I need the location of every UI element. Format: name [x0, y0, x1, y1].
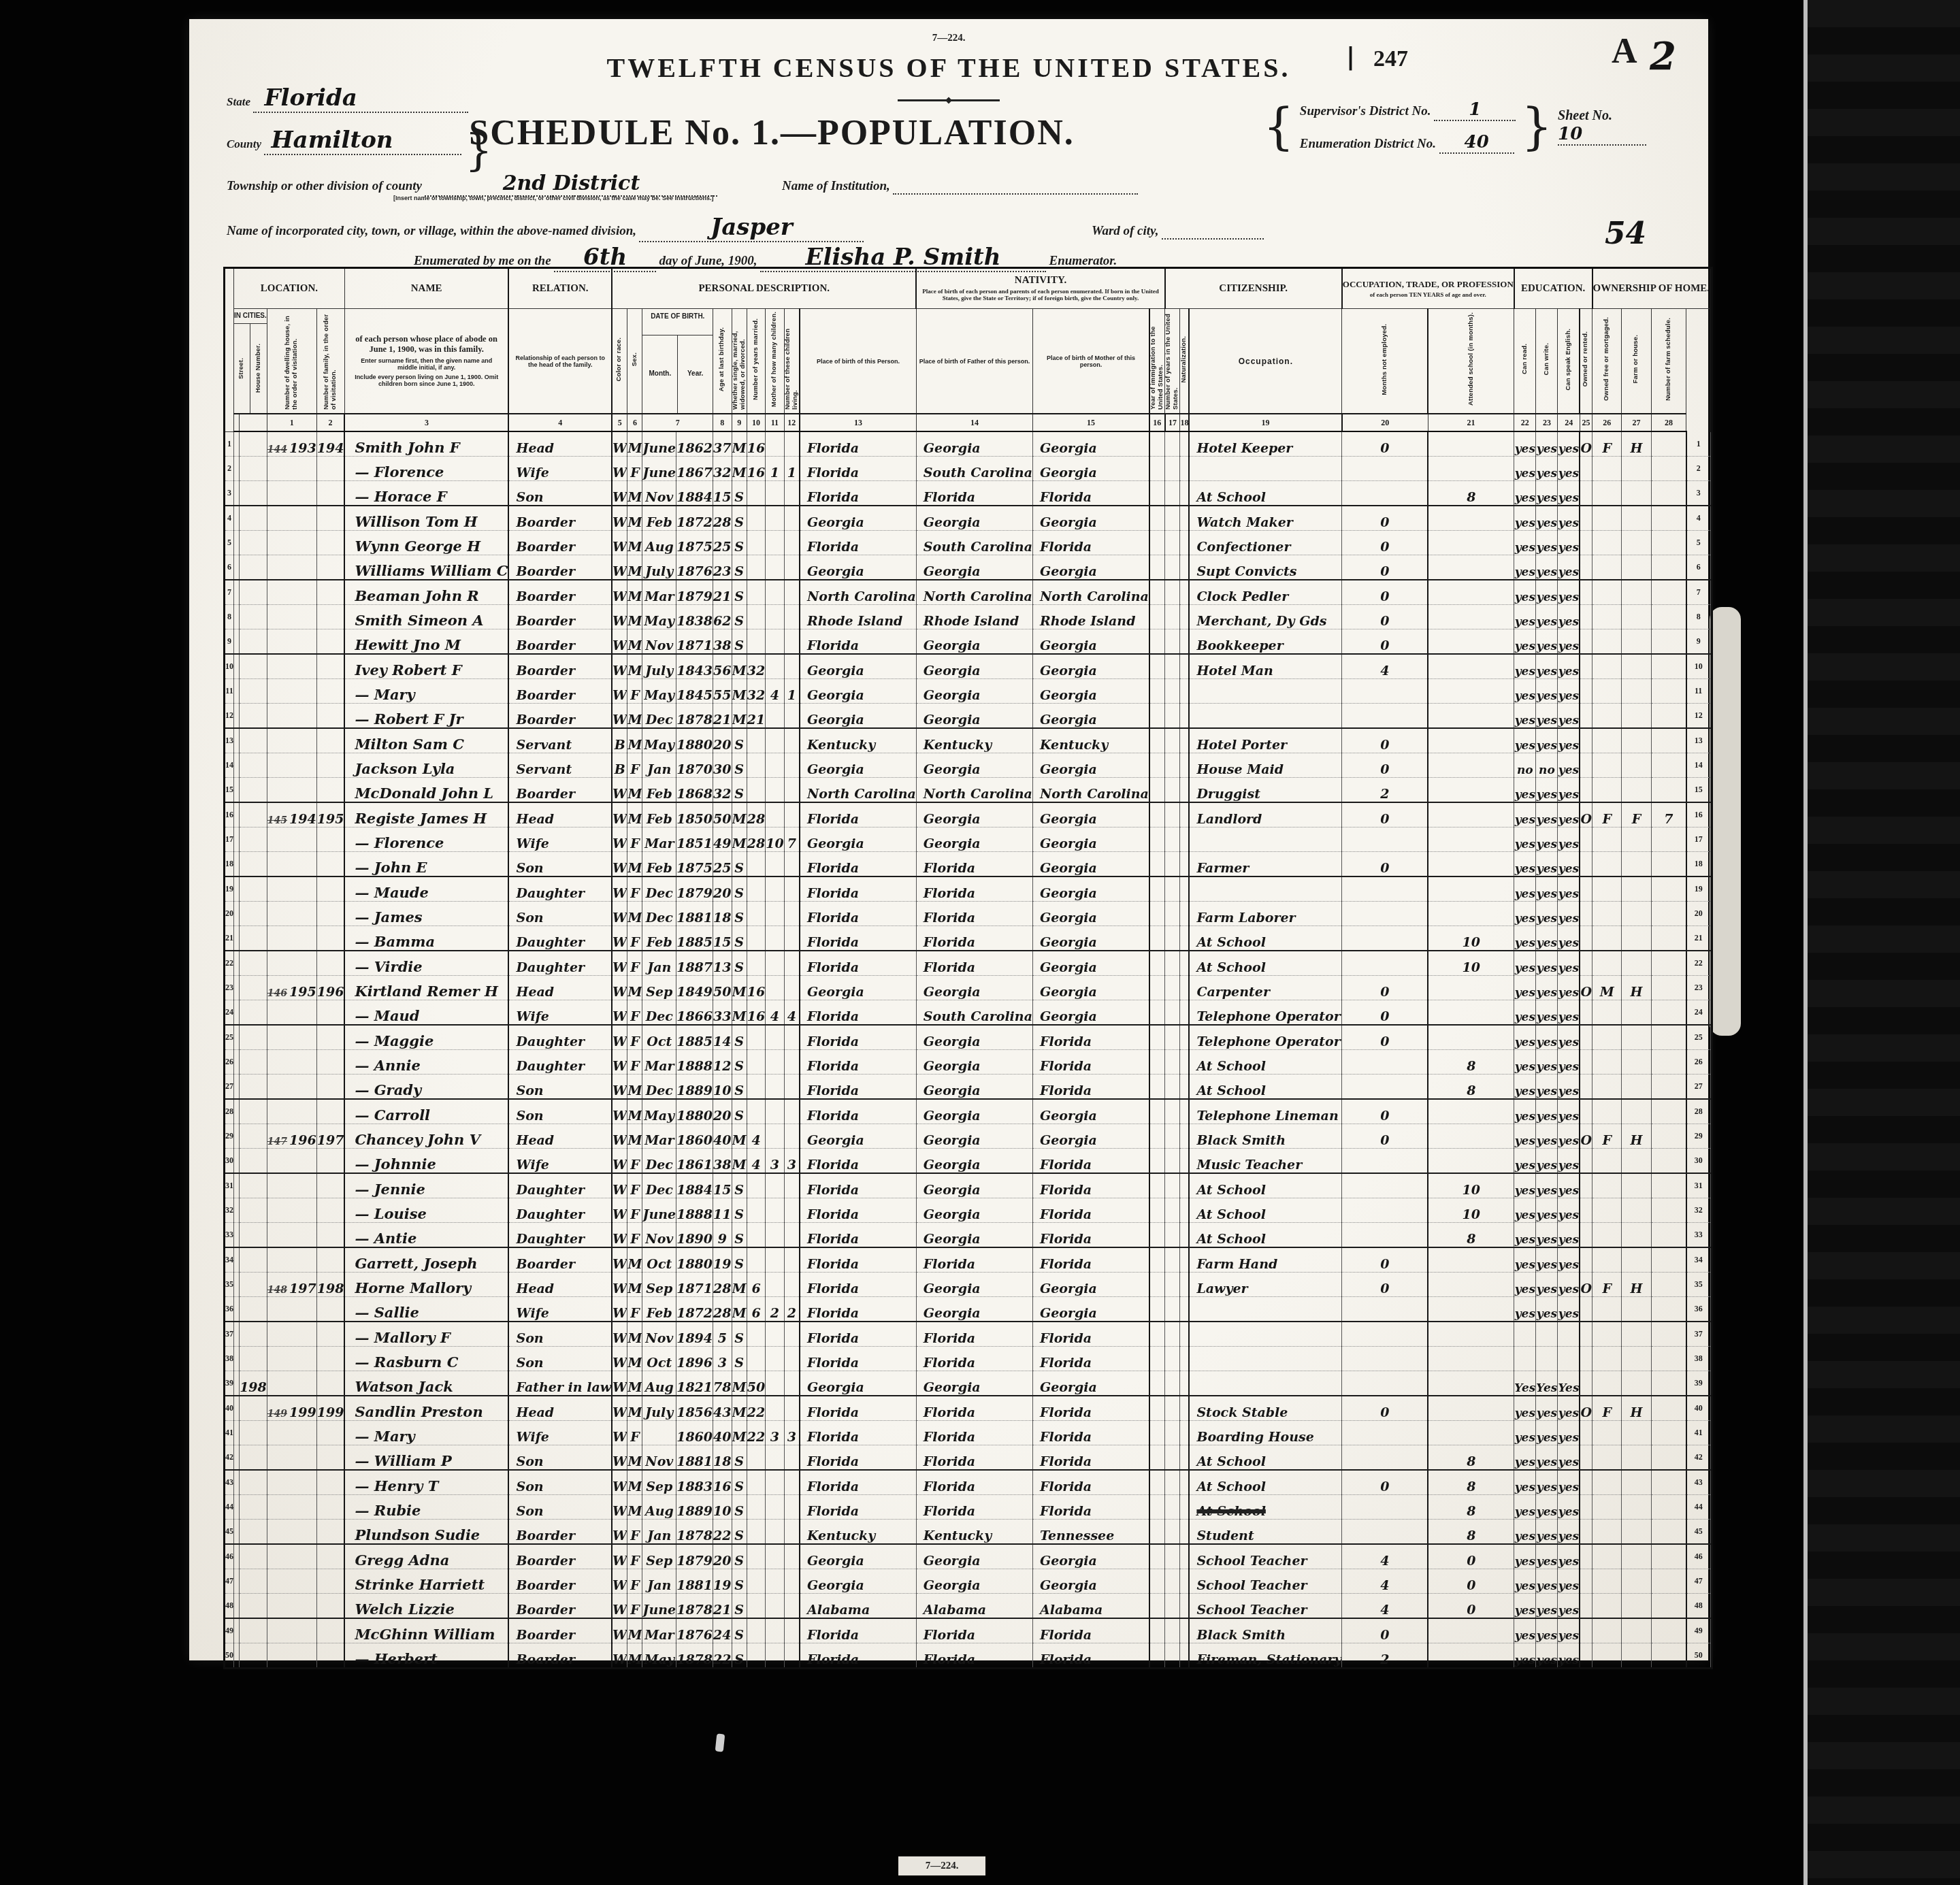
cell-mne: 0: [1342, 976, 1428, 1000]
cell-cb: 4: [766, 1000, 784, 1026]
cell-cb: [766, 1223, 784, 1248]
cell-rel: Daughter: [508, 1050, 612, 1075]
cell-rel: Boarder: [508, 1618, 612, 1643]
cell-mne: 0: [1342, 531, 1428, 555]
line-number-left: 20: [225, 902, 234, 926]
cell-race: W: [612, 1173, 627, 1198]
cell-imm: [1149, 580, 1165, 605]
cell-sch: [1428, 852, 1514, 877]
cell-cb: 4: [766, 679, 784, 704]
cell-dw: [267, 1347, 316, 1371]
cell-dw: [267, 629, 316, 655]
line-number-left: 6: [225, 555, 234, 580]
cell-dw: [267, 728, 316, 753]
cell-fsn: [1651, 1445, 1686, 1471]
column-number: 13: [800, 414, 916, 431]
cell-age: 33: [713, 1000, 732, 1026]
cell-fh: [1622, 1470, 1651, 1495]
cell-fam: [316, 1149, 344, 1174]
cell-age: 40: [713, 1421, 732, 1445]
cell-race: W: [612, 1322, 627, 1347]
cell-ym: [747, 605, 765, 629]
cell-bpm: Georgia: [1032, 1099, 1149, 1124]
cell-mne: [1342, 481, 1428, 506]
cell-bmo: Mar: [642, 1050, 676, 1075]
cell-bp: Florida: [800, 1396, 916, 1421]
cell-en: yes: [1558, 778, 1580, 803]
line-number-left: 49: [225, 1618, 234, 1643]
cell-en: yes: [1558, 431, 1580, 457]
cell-fh: [1622, 457, 1651, 481]
cell-rel: Head: [508, 802, 612, 827]
cell-sex: M: [627, 1247, 642, 1273]
cell-mne: 4: [1342, 1594, 1428, 1619]
cell-ym: [747, 1470, 765, 1495]
table-row: 45Plundson SudieBoarderWFJan187822SKentu…: [225, 1520, 1712, 1545]
line-number-right: 36: [1686, 1297, 1710, 1322]
cell-cl: 1: [784, 457, 800, 481]
section-nativity: NATIVITY. Place of birth of each person …: [916, 268, 1164, 309]
cell-name: Garrett, Joseph: [344, 1247, 508, 1273]
cell-fam: [316, 1594, 344, 1619]
cell-hn: [240, 1149, 267, 1174]
cell-own: [1580, 481, 1592, 506]
col-free-mortgaged: Owned free or mortgaged.: [1592, 309, 1622, 414]
cell-hn: [240, 1273, 267, 1297]
cell-own: [1580, 1075, 1592, 1100]
cell-mar: S: [732, 580, 747, 605]
cell-race: W: [612, 704, 627, 729]
column-number: 4: [508, 414, 612, 431]
cell-sex: F: [627, 1223, 642, 1248]
cell-bp: Florida: [800, 1173, 916, 1198]
cell-cb: [766, 1445, 784, 1471]
cell-wr: yes: [1536, 1149, 1558, 1174]
line-number-left: 9: [225, 629, 234, 655]
cell-own: [1580, 555, 1592, 580]
cell-fm: [1592, 1470, 1622, 1495]
col-can-read: Can read.: [1514, 309, 1536, 414]
in-cities-label: IN CITIES.: [234, 310, 267, 324]
cell-yus: [1165, 778, 1180, 803]
cell-bmo: Dec: [642, 902, 676, 926]
cell-mar: S: [732, 1618, 747, 1643]
cell-fh: [1622, 1421, 1651, 1445]
table-row: 36— SallieWifeWFFeb187228M622FloridaGeor…: [225, 1297, 1712, 1322]
cell-occ: [1189, 1297, 1341, 1322]
cell-imm: [1149, 951, 1165, 976]
column-number: 12: [784, 414, 800, 431]
cell-fam: 198: [316, 1273, 344, 1297]
cell-nat: [1180, 976, 1190, 1000]
cell-fh: [1622, 951, 1651, 976]
cell-ym: 50: [747, 1371, 765, 1396]
cell-name: Sandlin Preston: [344, 1396, 508, 1421]
cell-nat: [1180, 1223, 1190, 1248]
cell-fam: [316, 1520, 344, 1545]
cell-bpm: Florida: [1032, 1470, 1149, 1495]
cell-cl: [784, 605, 800, 629]
cell-race: W: [612, 679, 627, 704]
cell-own: O: [1580, 802, 1592, 827]
line-number-left: 13: [225, 728, 234, 753]
cell-byr: 1843: [676, 654, 713, 679]
cell-sex: M: [627, 531, 642, 555]
cell-fh: [1622, 1322, 1651, 1347]
cell-name: Kirtland Remer H: [344, 976, 508, 1000]
cell-nat: [1180, 1470, 1190, 1495]
cell-occ: Supt Convicts: [1189, 555, 1341, 580]
cell-fh: [1622, 1000, 1651, 1026]
cell-wr: yes: [1536, 1445, 1558, 1471]
cell-bp: Georgia: [800, 506, 916, 531]
cell-race: W: [612, 605, 627, 629]
cell-sch: [1428, 1643, 1514, 1669]
cell-fm: [1592, 506, 1622, 531]
cell-ym: [747, 1173, 765, 1198]
cell-wr: yes: [1536, 728, 1558, 753]
cell-rel: Father in law: [508, 1371, 612, 1396]
table-row: 28— CarrollSonWMMay188020SFloridaGeorgia…: [225, 1099, 1712, 1124]
cell-st: [234, 1173, 240, 1198]
cell-mar: S: [732, 629, 747, 655]
cell-fh: [1622, 1297, 1651, 1322]
cell-mne: 0: [1342, 1618, 1428, 1643]
cell-fm: [1592, 580, 1622, 605]
cell-fam: [316, 852, 344, 877]
cell-fam: [316, 1569, 344, 1594]
cell-nat: [1180, 605, 1190, 629]
cell-yus: [1165, 1297, 1180, 1322]
cell-imm: [1149, 531, 1165, 555]
cell-yus: [1165, 1149, 1180, 1174]
cell-sch: 0: [1428, 1544, 1514, 1569]
cell-cl: [784, 802, 800, 827]
cell-fam: [316, 1495, 344, 1520]
cell-occ: At School: [1189, 1445, 1341, 1471]
table-row: 26— AnnieDaughterWFMar188812SFloridaGeor…: [225, 1050, 1712, 1075]
county-value-line: Hamilton: [264, 127, 461, 155]
cell-sch: [1428, 728, 1514, 753]
column-number: 3: [344, 414, 508, 431]
cell-name: — James: [344, 902, 508, 926]
cell-byr: 1867: [676, 457, 713, 481]
line-number-right: 31: [1686, 1173, 1710, 1198]
cell-mne: [1342, 1371, 1428, 1396]
cell-mar: S: [732, 1470, 747, 1495]
cell-own: [1580, 902, 1592, 926]
cell-bpm: Florida: [1032, 1445, 1149, 1471]
section-occupation: OCCUPATION, TRADE, OR PROFESSION of each…: [1342, 268, 1514, 309]
cell-name: — Jennie: [344, 1173, 508, 1198]
cell-fh: [1622, 605, 1651, 629]
cell-wr: yes: [1536, 802, 1558, 827]
cell-rd: yes: [1514, 1198, 1536, 1223]
cell-race: W: [612, 457, 627, 481]
cell-bp: Kentucky: [800, 1520, 916, 1545]
col-in-cities: IN CITIES. Street. House Number.: [234, 309, 267, 414]
cell-nat: [1180, 580, 1190, 605]
cell-fm: [1592, 1421, 1622, 1445]
cell-rel: Head: [508, 1396, 612, 1421]
cell-own: [1580, 753, 1592, 778]
cell-wr: yes: [1536, 852, 1558, 877]
cell-rel: Daughter: [508, 1173, 612, 1198]
table-row: 35148197198Horne MalloryHeadWMSep187128M…: [225, 1273, 1712, 1297]
cell-bp: Florida: [800, 1643, 916, 1669]
line-number-right: 47: [1686, 1569, 1710, 1594]
cell-fam: [316, 1618, 344, 1643]
cell-nat: [1180, 629, 1190, 655]
cell-bp: North Carolina: [800, 778, 916, 803]
cell-wr: yes: [1536, 976, 1558, 1000]
cell-ym: 22: [747, 1421, 765, 1445]
cell-st: [234, 1198, 240, 1223]
cell-fsn: [1651, 1223, 1686, 1248]
cell-rel: Son: [508, 1099, 612, 1124]
cell-sex: M: [627, 728, 642, 753]
cell-cb: [766, 1198, 784, 1223]
cell-fsn: [1651, 1396, 1686, 1421]
cell-byr: 1884: [676, 481, 713, 506]
cell-dw: [267, 679, 316, 704]
cell-fm: M: [1592, 976, 1622, 1000]
cell-yus: [1165, 902, 1180, 926]
cell-en: Yes: [1558, 1371, 1580, 1396]
cell-fam: [316, 1025, 344, 1050]
cell-fsn: [1651, 778, 1686, 803]
institution-value-line: [893, 181, 1138, 195]
cell-en: yes: [1558, 902, 1580, 926]
cell-fam: [316, 654, 344, 679]
cell-mar: S: [732, 1520, 747, 1545]
cell-cb: [766, 876, 784, 902]
line-number-left: 24: [225, 1000, 234, 1026]
census-table-body: 1144193194Smith John FHeadWMJune186237M1…: [225, 431, 1712, 1669]
cell-mar: S: [732, 1569, 747, 1594]
cell-imm: [1149, 679, 1165, 704]
cell-bpf: Georgia: [916, 704, 1032, 729]
cell-wr: yes: [1536, 1569, 1558, 1594]
cell-fm: [1592, 1198, 1622, 1223]
cell-age: 40: [713, 1124, 732, 1149]
cell-sch: [1428, 457, 1514, 481]
cell-occ: [1189, 1371, 1341, 1396]
cell-cl: [784, 1347, 800, 1371]
cell-imm: [1149, 1198, 1165, 1223]
line-number-right: 1: [1686, 431, 1710, 457]
cell-hn: [240, 1618, 267, 1643]
cell-st: [234, 1075, 240, 1100]
cell-fsn: [1651, 555, 1686, 580]
cell-bp: Florida: [800, 1025, 916, 1050]
cell-age: 56: [713, 654, 732, 679]
cell-age: 28: [713, 1297, 732, 1322]
cell-byr: 1888: [676, 1050, 713, 1075]
cell-bpm: Florida: [1032, 1322, 1149, 1347]
cell-age: 20: [713, 1099, 732, 1124]
cell-bpm: Georgia: [1032, 1297, 1149, 1322]
cell-sex: F: [627, 457, 642, 481]
cell-bpm: Georgia: [1032, 629, 1149, 655]
cell-occ: At School: [1189, 951, 1341, 976]
cell-mar: M: [732, 827, 747, 852]
cell-name: Milton Sam C: [344, 728, 508, 753]
cell-cl: [784, 654, 800, 679]
cell-bpf: Georgia: [916, 629, 1032, 655]
line-number-right: 17: [1686, 827, 1710, 852]
cell-hn: [240, 629, 267, 655]
cell-bpm: Georgia: [1032, 704, 1149, 729]
cell-hn: [240, 605, 267, 629]
cell-race: W: [612, 951, 627, 976]
cell-fh: H: [1622, 976, 1651, 1000]
cell-own: O: [1580, 1124, 1592, 1149]
cell-race: W: [612, 1618, 627, 1643]
cell-cl: [784, 1124, 800, 1149]
cell-cb: [766, 753, 784, 778]
cell-fm: [1592, 1371, 1622, 1396]
cell-fsn: [1651, 1470, 1686, 1495]
table-row: 13Milton Sam CServantBMMay188020SKentuck…: [225, 728, 1712, 753]
cell-yus: [1165, 1025, 1180, 1050]
cell-rd: yes: [1514, 531, 1536, 555]
cell-cl: 2: [784, 1297, 800, 1322]
enumeration-district-value: 40: [1465, 132, 1489, 152]
cell-wr: yes: [1536, 1223, 1558, 1248]
cell-bp: Florida: [800, 876, 916, 902]
cell-yus: [1165, 555, 1180, 580]
cell-ym: [747, 1544, 765, 1569]
cell-sex: M: [627, 1075, 642, 1100]
scanned-census-page: 7—224. 7—224. TWELFTH CENSUS OF THE UNIT…: [0, 0, 1960, 1885]
cell-st: [234, 605, 240, 629]
cell-bpm: Florida: [1032, 1618, 1149, 1643]
table-row: 21— BammaDaughterWFFeb188515SFloridaFlor…: [225, 926, 1712, 951]
cell-mar: M: [732, 1273, 747, 1297]
column-number: 14: [916, 414, 1032, 431]
cell-en: yes: [1558, 481, 1580, 506]
cell-mar: S: [732, 876, 747, 902]
cell-own: [1580, 704, 1592, 729]
cell-wr: yes: [1536, 1495, 1558, 1520]
cell-name: Smith Simeon A: [344, 605, 508, 629]
cell-own: [1580, 951, 1592, 976]
cell-en: yes: [1558, 976, 1580, 1000]
cell-dw: [267, 1643, 316, 1669]
cell-en: yes: [1558, 1075, 1580, 1100]
cell-fh: [1622, 753, 1651, 778]
cell-rd: yes: [1514, 1643, 1536, 1669]
cell-wr: yes: [1536, 1273, 1558, 1297]
cell-age: 15: [713, 1173, 732, 1198]
cell-own: [1580, 926, 1592, 951]
cell-dw: [267, 1520, 316, 1545]
cell-nat: [1180, 1643, 1190, 1669]
cell-hn: [240, 679, 267, 704]
cell-en: yes: [1558, 728, 1580, 753]
cell-sex: M: [627, 555, 642, 580]
cell-race: W: [612, 1544, 627, 1569]
cell-sch: [1428, 827, 1514, 852]
cell-name: — Herbert: [344, 1643, 508, 1669]
table-row: 47Strinke HarriettBoarderWFJan188119SGeo…: [225, 1569, 1712, 1594]
line-number-right: 18: [1686, 852, 1710, 877]
table-row: 37— Mallory FSonWMNov18945SFloridaFlorid…: [225, 1322, 1712, 1347]
column-number: [234, 414, 240, 431]
cell-fh: F: [1622, 802, 1651, 827]
cell-st: [234, 1495, 240, 1520]
cell-mar: S: [732, 902, 747, 926]
cell-byr: 1861: [676, 1149, 713, 1174]
cell-bpm: Georgia: [1032, 431, 1149, 457]
cell-nat: [1180, 778, 1190, 803]
cell-hn: [240, 531, 267, 555]
cell-mne: 0: [1342, 728, 1428, 753]
cell-byr: 1896: [676, 1347, 713, 1371]
cell-cb: [766, 951, 784, 976]
cell-sex: M: [627, 1347, 642, 1371]
cell-rd: yes: [1514, 926, 1536, 951]
table-row: 43— Henry TSonWMSep188316SFloridaFlorida…: [225, 1470, 1712, 1495]
cell-imm: [1149, 778, 1165, 803]
cell-st: [234, 1273, 240, 1297]
cell-race: W: [612, 1520, 627, 1545]
cell-cb: [766, 976, 784, 1000]
cell-wr: yes: [1536, 457, 1558, 481]
cell-sex: F: [627, 1000, 642, 1026]
cell-sch: 8: [1428, 1470, 1514, 1495]
cell-fsn: [1651, 679, 1686, 704]
cell-bmo: May: [642, 605, 676, 629]
cell-dw: [267, 1149, 316, 1174]
cell-own: [1580, 876, 1592, 902]
cell-bmo: Aug: [642, 531, 676, 555]
cell-bmo: Nov: [642, 1445, 676, 1471]
cell-cb: [766, 1025, 784, 1050]
cell-sex: M: [627, 1371, 642, 1396]
cell-rd: yes: [1514, 1495, 1536, 1520]
cell-rd: yes: [1514, 431, 1536, 457]
table-row: 23146195196Kirtland Remer HHeadWMSep1849…: [225, 976, 1712, 1000]
cell-nat: [1180, 876, 1190, 902]
cell-sex: F: [627, 1050, 642, 1075]
cell-wr: yes: [1536, 926, 1558, 951]
cell-cl: [784, 1618, 800, 1643]
cell-cl: [784, 481, 800, 506]
cell-age: 3: [713, 1347, 732, 1371]
cell-ym: 22: [747, 1396, 765, 1421]
cell-rd: yes: [1514, 802, 1536, 827]
cell-own: [1580, 1173, 1592, 1198]
cell-cb: 1: [766, 457, 784, 481]
cell-cb: [766, 926, 784, 951]
cell-mne: [1342, 1495, 1428, 1520]
cell-sch: [1428, 1421, 1514, 1445]
cell-bpm: Georgia: [1032, 802, 1149, 827]
cell-bpf: Florida: [916, 926, 1032, 951]
cell-bpf: Florida: [916, 902, 1032, 926]
cell-nat: [1180, 481, 1190, 506]
cell-fam: [316, 1544, 344, 1569]
cell-hn: [240, 1445, 267, 1471]
cell-rd: yes: [1514, 1149, 1536, 1174]
cell-bpm: Florida: [1032, 1025, 1149, 1050]
line-number-right: 24: [1686, 1000, 1710, 1026]
section-personal: PERSONAL DESCRIPTION.: [612, 268, 916, 309]
cell-cb: [766, 1099, 784, 1124]
cell-name: — Annie: [344, 1050, 508, 1075]
